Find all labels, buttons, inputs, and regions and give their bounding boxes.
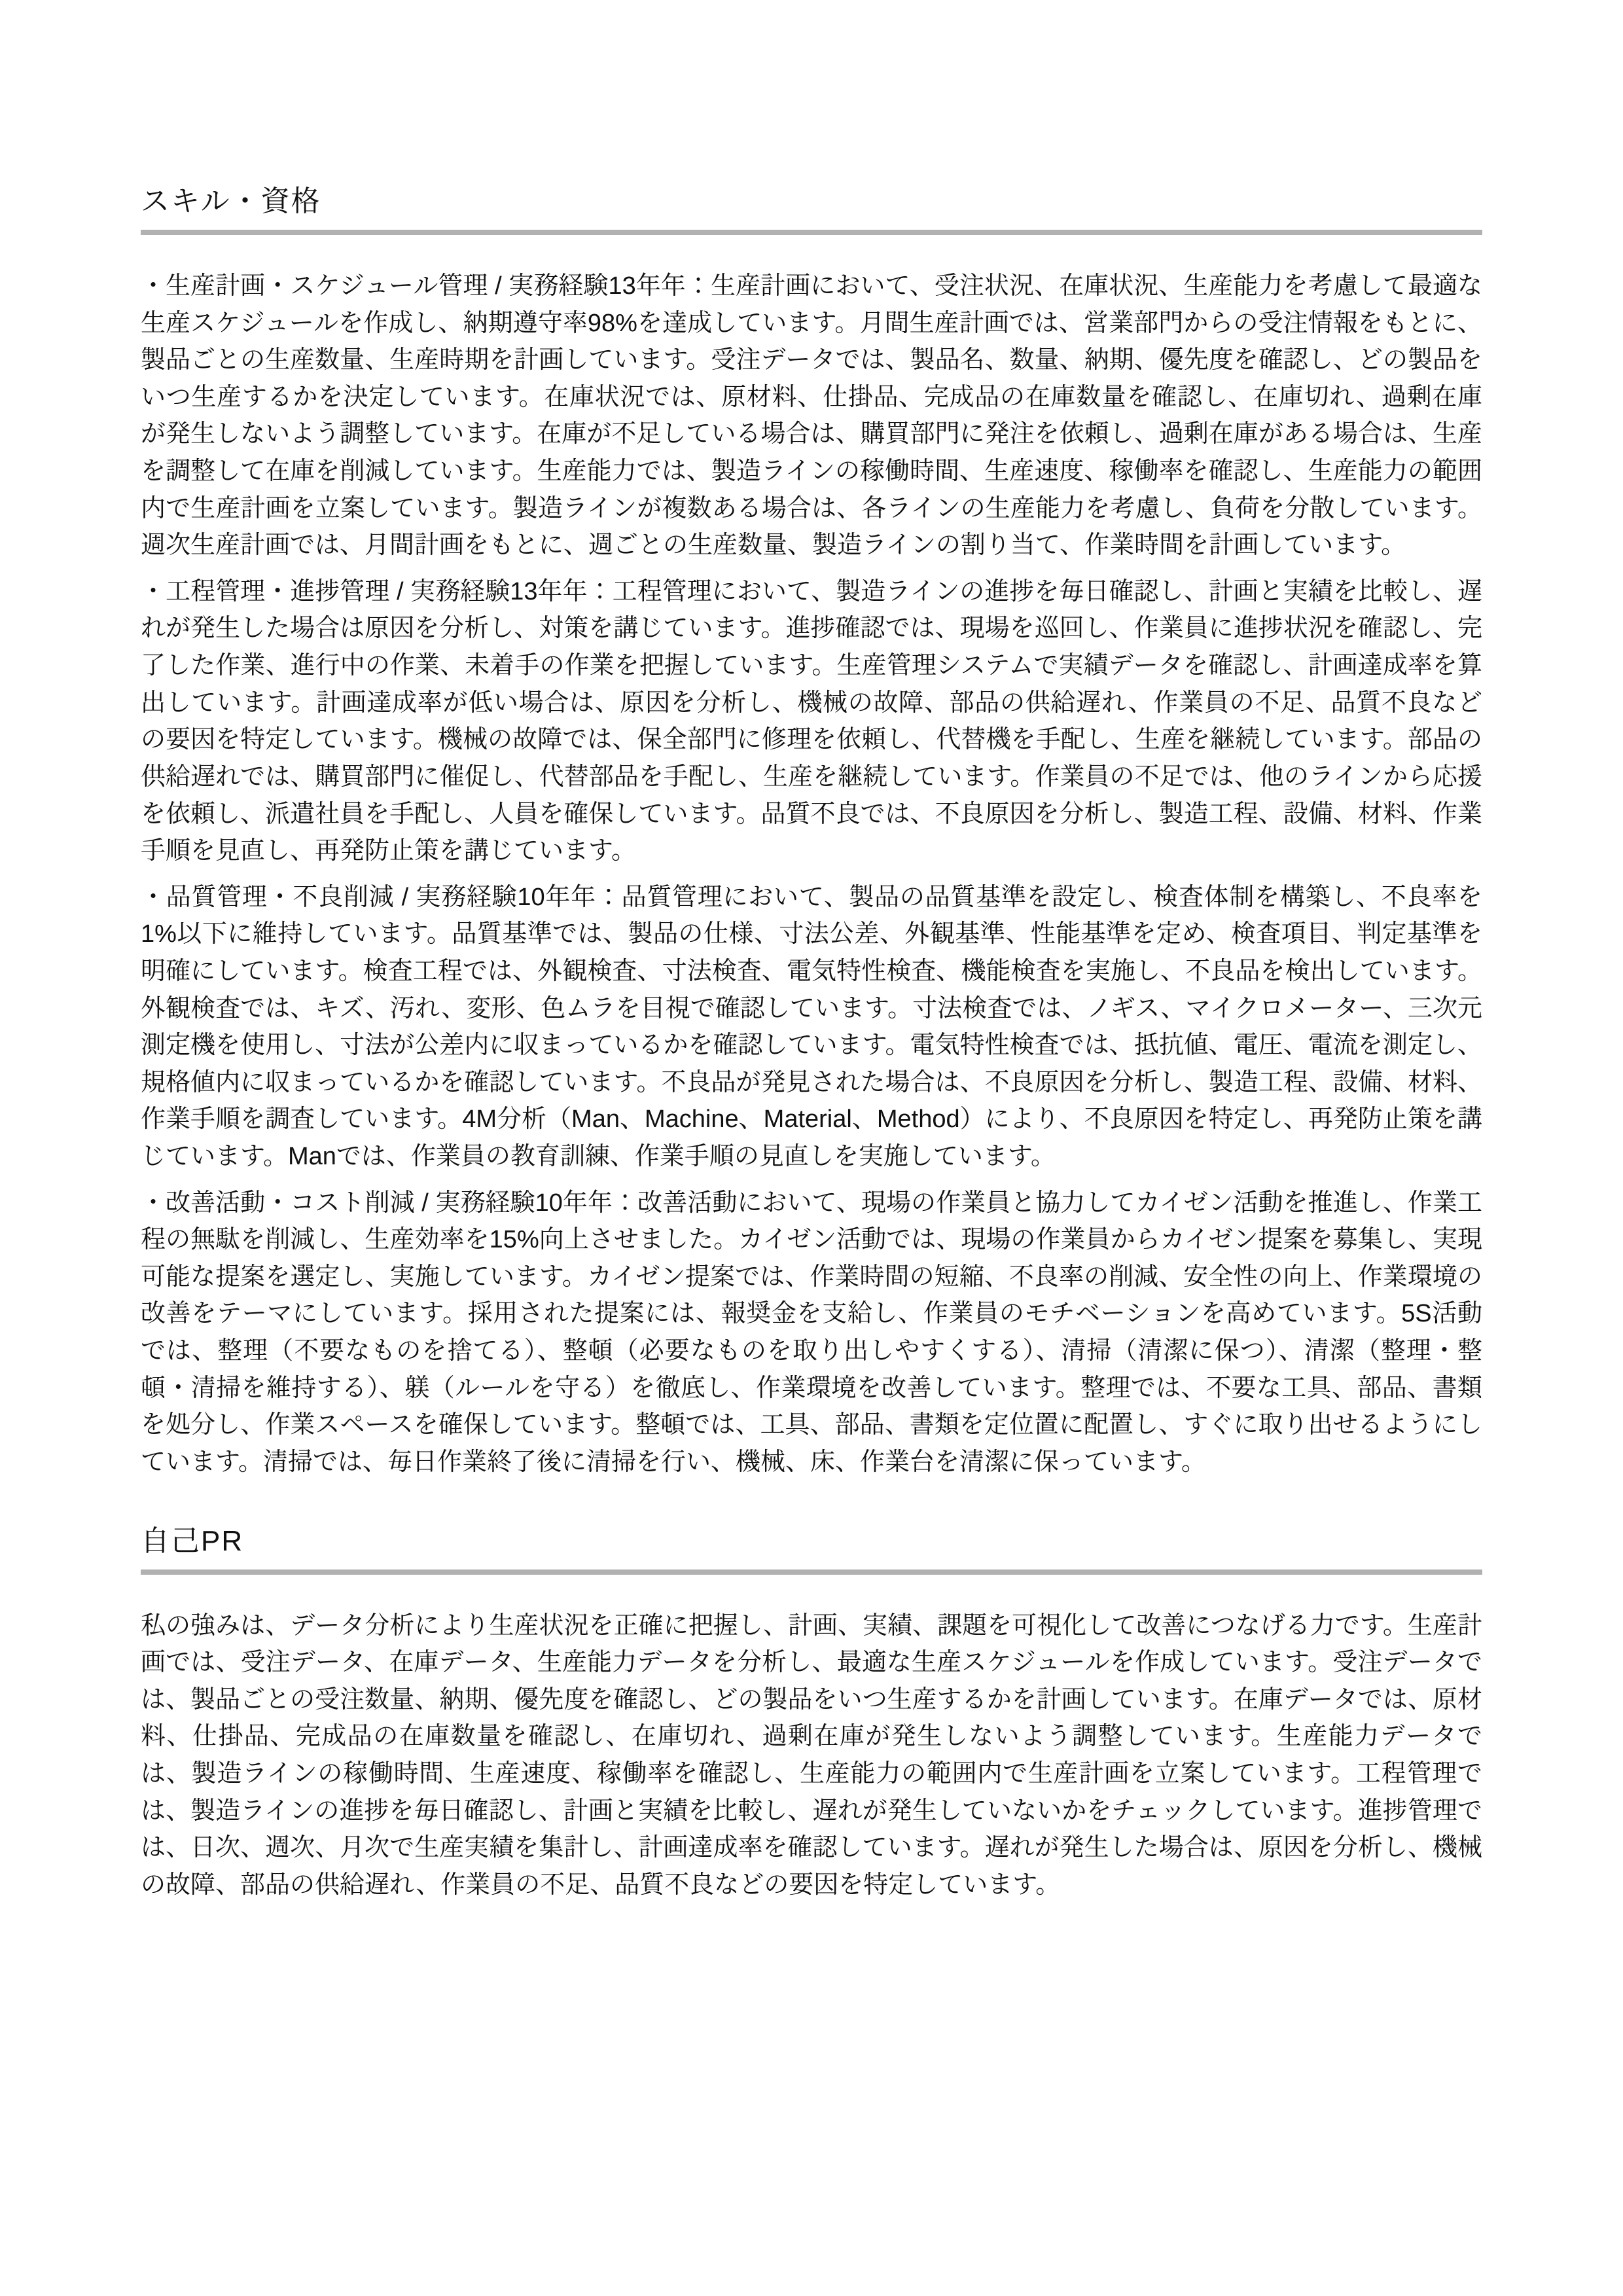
skills-paragraphs: ・生産計画・スケジュール管理 / 実務経験13年年：生産計画において、受注状況、… bbox=[141, 268, 1482, 1481]
resume-page: スキル・資格 ・生産計画・スケジュール管理 / 実務経験13年年：生産計画におい… bbox=[0, 0, 1623, 2296]
paragraph-self-pr: 私の強みは、データ分析により生産状況を正確に把握し、計画、実績、課題を可視化して… bbox=[141, 1607, 1482, 1904]
paragraph-process-management: ・工程管理・進捗管理 / 実務経験13年年：工程管理において、製造ラインの進捗を… bbox=[141, 573, 1482, 870]
self-pr-paragraphs: 私の強みは、データ分析により生産状況を正確に把握し、計画、実績、課題を可視化して… bbox=[141, 1607, 1482, 1904]
paragraph-production-planning: ・生産計画・スケジュール管理 / 実務経験13年年：生産計画において、受注状況、… bbox=[141, 268, 1482, 564]
paragraph-quality-management: ・品質管理・不良削減 / 実務経験10年年：品質管理において、製品の品質基準を設… bbox=[141, 879, 1482, 1175]
section-title-self-pr: 自己PR bbox=[141, 1523, 1482, 1559]
section-title-skills: スキル・資格 bbox=[141, 183, 1482, 219]
section-divider bbox=[141, 230, 1482, 235]
section-self-pr: 自己PR 私の強みは、データ分析により生産状況を正確に把握し、計画、実績、課題を… bbox=[141, 1523, 1482, 1904]
paragraph-kaizen-cost-reduction: ・改善活動・コスト削減 / 実務経験10年年：改善活動において、現場の作業員と協… bbox=[141, 1185, 1482, 1481]
resume-content: スキル・資格 ・生産計画・スケジュール管理 / 実務経験13年年：生産計画におい… bbox=[141, 183, 1482, 1903]
section-divider bbox=[141, 1570, 1482, 1575]
section-skills: スキル・資格 ・生産計画・スケジュール管理 / 実務経験13年年：生産計画におい… bbox=[141, 183, 1482, 1481]
